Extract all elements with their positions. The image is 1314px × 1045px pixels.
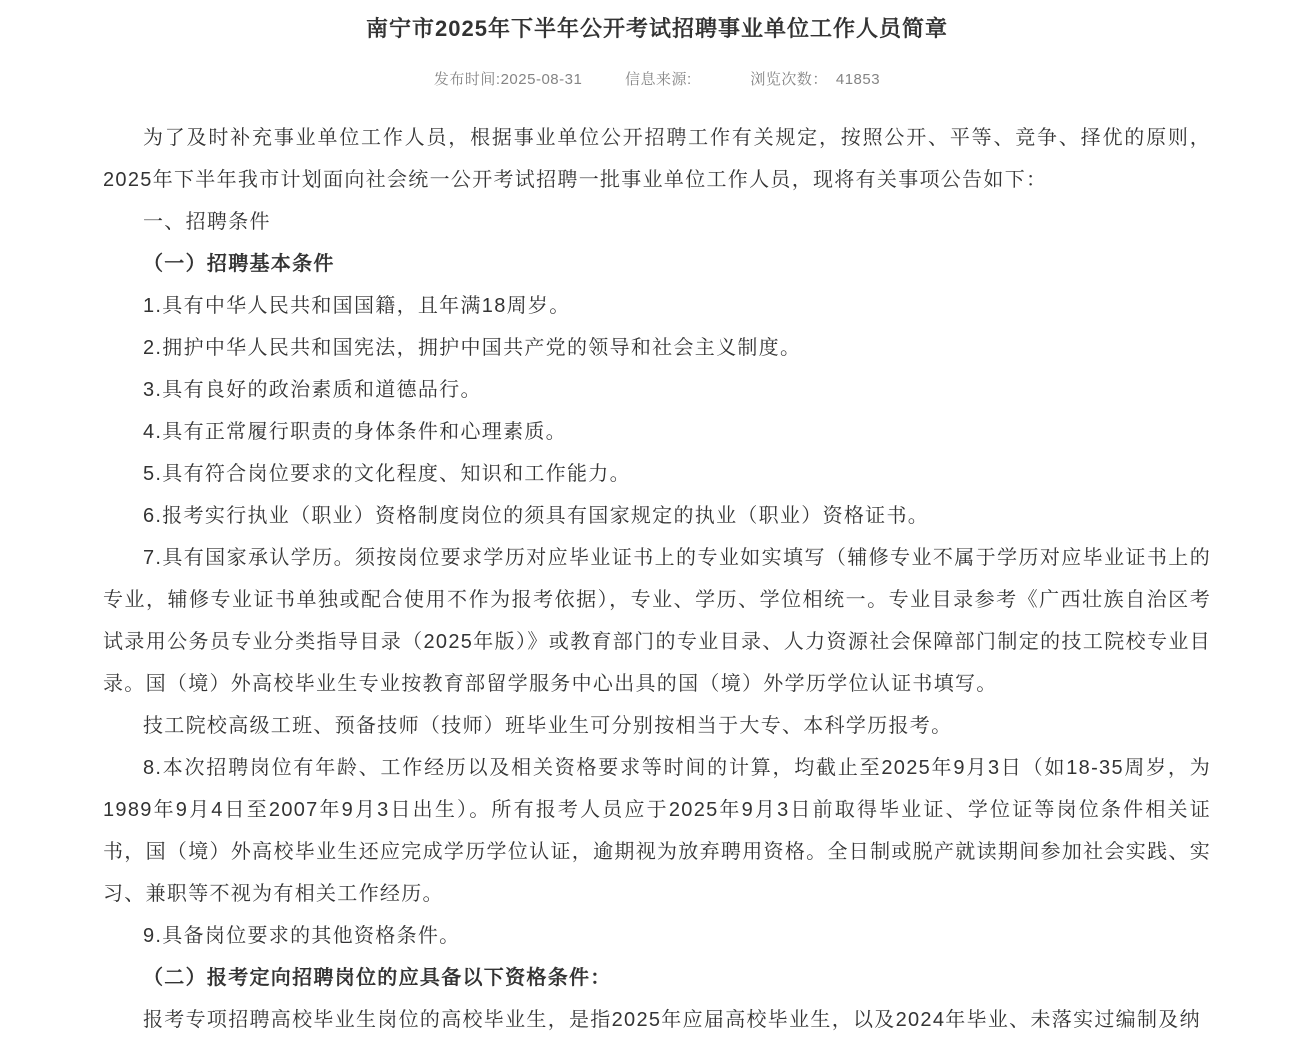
condition-item-9: 9.具备岗位要求的其他资格条件。	[103, 915, 1211, 957]
subsection-heading-basic-conditions: （一）招聘基本条件	[103, 243, 1211, 285]
view-count-label: 浏览次数：	[750, 71, 828, 88]
article-body: 为了及时补充事业单位工作人员，根据事业单位公开招聘工作有关规定，按照公开、平等、…	[103, 117, 1211, 1041]
condition-item-7: 7.具有国家承认学历。须按岗位要求学历对应毕业证书上的专业如实填写（辅修专业不属…	[103, 537, 1211, 705]
condition-item-3: 3.具有良好的政治素质和道德品行。	[103, 369, 1211, 411]
page-title: 南宁市2025年下半年公开考试招聘事业单位工作人员简章	[103, 14, 1211, 44]
condition-item-5: 5.具有符合岗位要求的文化程度、知识和工作能力。	[103, 453, 1211, 495]
announcement-page: 南宁市2025年下半年公开考试招聘事业单位工作人员简章 发布时间:2025-08…	[0, 0, 1314, 1045]
condition-item-8: 8.本次招聘岗位有年龄、工作经历以及相关资格要求等时间的计算，均截止至2025年…	[103, 747, 1211, 915]
info-source-label: 信息来源:	[625, 71, 692, 88]
intro-paragraph: 为了及时补充事业单位工作人员，根据事业单位公开招聘工作有关规定，按照公开、平等、…	[103, 117, 1211, 201]
condition-item-4: 4.具有正常履行职责的身体条件和心理素质。	[103, 411, 1211, 453]
tech-school-note: 技工院校高级工班、预备技师（技师）班毕业生可分别按相当于大专、本科学历报考。	[103, 705, 1211, 747]
condition-item-6: 6.报考实行执业（职业）资格制度岗位的须具有国家规定的执业（职业）资格证书。	[103, 495, 1211, 537]
article-meta: 发布时间:2025-08-31 信息来源: 浏览次数：41853	[103, 70, 1211, 90]
info-source: 信息来源:	[625, 70, 692, 90]
view-count-value: 41853	[836, 71, 880, 88]
condition-item-1: 1.具有中华人民共和国国籍，且年满18周岁。	[103, 285, 1211, 327]
targeted-recruitment-paragraph: 报考专项招聘高校毕业生岗位的高校毕业生，是指2025年应届高校毕业生，以及202…	[103, 999, 1211, 1041]
publish-time: 发布时间:2025-08-31	[434, 70, 582, 90]
publish-time-label: 发布时间:	[434, 71, 501, 88]
view-count: 浏览次数：41853	[750, 70, 880, 90]
section-heading-recruitment-conditions: 一、招聘条件	[103, 201, 1211, 243]
condition-item-2: 2.拥护中华人民共和国宪法，拥护中国共产党的领导和社会主义制度。	[103, 327, 1211, 369]
publish-time-value: 2025-08-31	[501, 71, 583, 88]
subsection-heading-targeted-positions: （二）报考定向招聘岗位的应具备以下资格条件：	[103, 957, 1211, 999]
